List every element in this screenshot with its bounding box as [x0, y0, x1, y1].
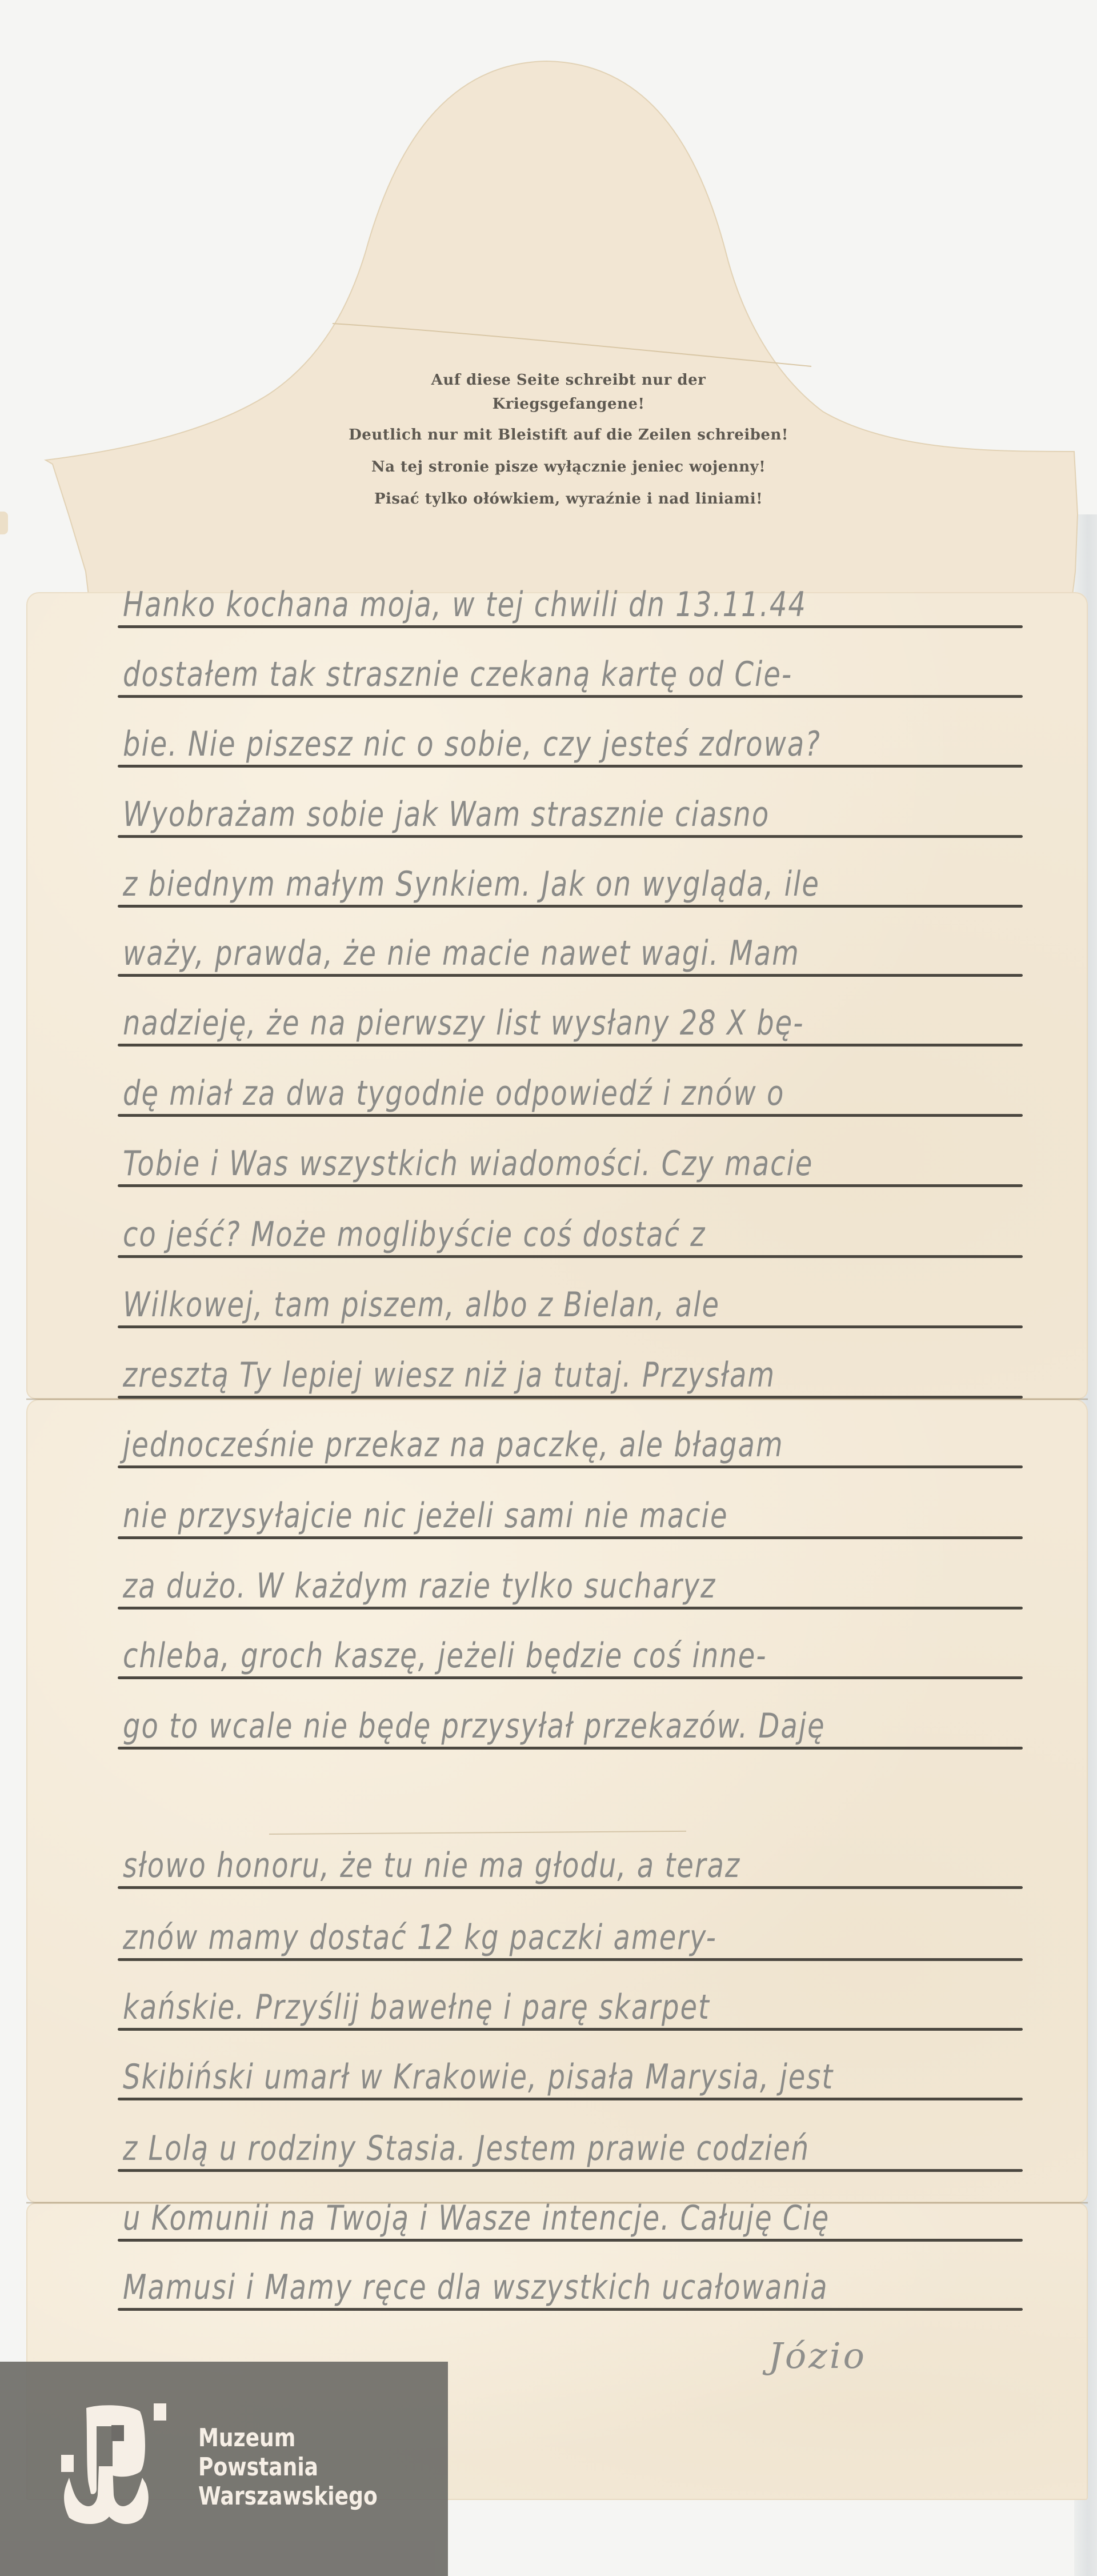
letter-line: chleba, groch kaszę, jeżeli będzie coś i…	[123, 1639, 1023, 1673]
stamp-line-german-3: Deutlich nur mit Bleistift auf die Zeile…	[286, 426, 851, 444]
letter-line: Tobie i Was wszystkich wiadomości. Czy m…	[123, 1147, 1023, 1181]
letter-line: z Lolą u rodziny Stasia. Jestem prawie c…	[123, 2131, 1023, 2166]
letter-line: dostałem tak strasznie czekaną kartę od …	[123, 657, 1023, 692]
ruled-line	[118, 2239, 1023, 2242]
stamp-line-polish-2: Pisać tylko ołówkiem, wyraźnie i nad lin…	[286, 490, 851, 508]
card-panel-1	[26, 592, 1088, 1399]
letter-line: go to wcale nie będę przysyłał przekazów…	[123, 1709, 1023, 1743]
ruled-line	[118, 1114, 1023, 1117]
letter-line: jednocześnie przekaz na paczkę, ale błag…	[123, 1428, 1023, 1462]
letter-line: z biednym małym Synkiem. Jak on wygląda,…	[123, 867, 1023, 901]
letter-line: słowo honoru, że tu nie ma głodu, a tera…	[123, 1848, 1023, 1883]
letter-flap	[0, 0, 1097, 606]
ruled-line	[118, 1184, 1023, 1187]
ruled-line	[118, 765, 1023, 768]
watermark-text-powstania: Powstania	[198, 2455, 318, 2480]
stamp-line-german-2: Kriegsgefangene!	[286, 396, 851, 413]
ruled-line	[118, 695, 1023, 698]
ruled-line	[118, 905, 1023, 908]
watermark-text-warszawskiego: Warszawskiego	[198, 2484, 378, 2509]
watermark-text-muzeum: Muzeum	[198, 2426, 295, 2451]
letter-line: za dużo. W każdym razie tylko sucharyz	[123, 1569, 1023, 1603]
ruled-line	[118, 1886, 1023, 1889]
ruled-line	[118, 1958, 1023, 1961]
stamp-line-polish-1: Na tej stronie pisze wyłącznie jeniec wo…	[286, 458, 851, 476]
letter-line: Hanko kochana moja, w tej chwili dn 13.1…	[123, 588, 1023, 622]
letter-line: Wilkowej, tam piszem, albo z Bielan, ale	[123, 1288, 1023, 1322]
ruled-line	[118, 835, 1023, 838]
letter-line: Skibiński umarł w Krakowie, pisała Marys…	[123, 2060, 1023, 2094]
stamp-line-german-1: Auf diese Seite schreibt nur der	[286, 372, 851, 389]
ruled-line	[118, 1396, 1023, 1399]
signature: Józio	[768, 2335, 867, 2377]
letter-line: waży, prawda, że nie macie nawet wagi. M…	[123, 936, 1023, 971]
letter-line: znów mamy dostać 12 kg paczki amery-	[123, 1920, 1023, 1955]
kotwica-anchor-logo-icon	[61, 2403, 170, 2526]
letter-line: kańskie. Przyślij bawełnę i parę skarpet	[123, 1990, 1023, 2024]
letter-line: zresztą Ty lepiej wiesz niż ja tutaj. Pr…	[123, 1358, 1023, 1392]
ruled-line	[118, 1255, 1023, 1258]
ruled-line	[118, 1536, 1023, 1539]
ruled-line	[118, 2169, 1023, 2172]
letter-line: co jeść? Może moglibyście coś dostać z	[123, 1217, 1023, 1252]
ruled-line	[118, 1676, 1023, 1679]
letter-line: u Komunii na Twoją i Wasze intencje. Cał…	[123, 2201, 1023, 2235]
letter-line: nadzieję, że na pierwszy list wysłany 28…	[123, 1006, 1023, 1040]
ruled-line	[118, 1044, 1023, 1047]
ruled-line	[118, 1325, 1023, 1328]
ruled-line	[118, 2098, 1023, 2100]
ruled-line	[118, 2028, 1023, 2031]
letter-line: Mamusi i Mamy ręce dla wszystkich ucałow…	[123, 2270, 1023, 2305]
letter-line: dę miał za dwa tygodnie odpowiedź i znów…	[123, 1076, 1023, 1111]
ruled-line	[118, 1607, 1023, 1609]
ruled-line	[118, 1465, 1023, 1468]
letter-line: nie przysyłajcie nic jeżeli sami nie mac…	[123, 1499, 1023, 1533]
letter-line: Wyobrażam sobie jak Wam strasznie ciasno	[123, 797, 1023, 832]
ruled-line	[118, 1747, 1023, 1750]
ruled-line	[118, 625, 1023, 628]
ruled-line	[118, 974, 1023, 977]
ruled-line	[118, 2308, 1023, 2311]
letter-line: bie. Nie piszesz nic o sobie, czy jesteś…	[123, 727, 1023, 761]
